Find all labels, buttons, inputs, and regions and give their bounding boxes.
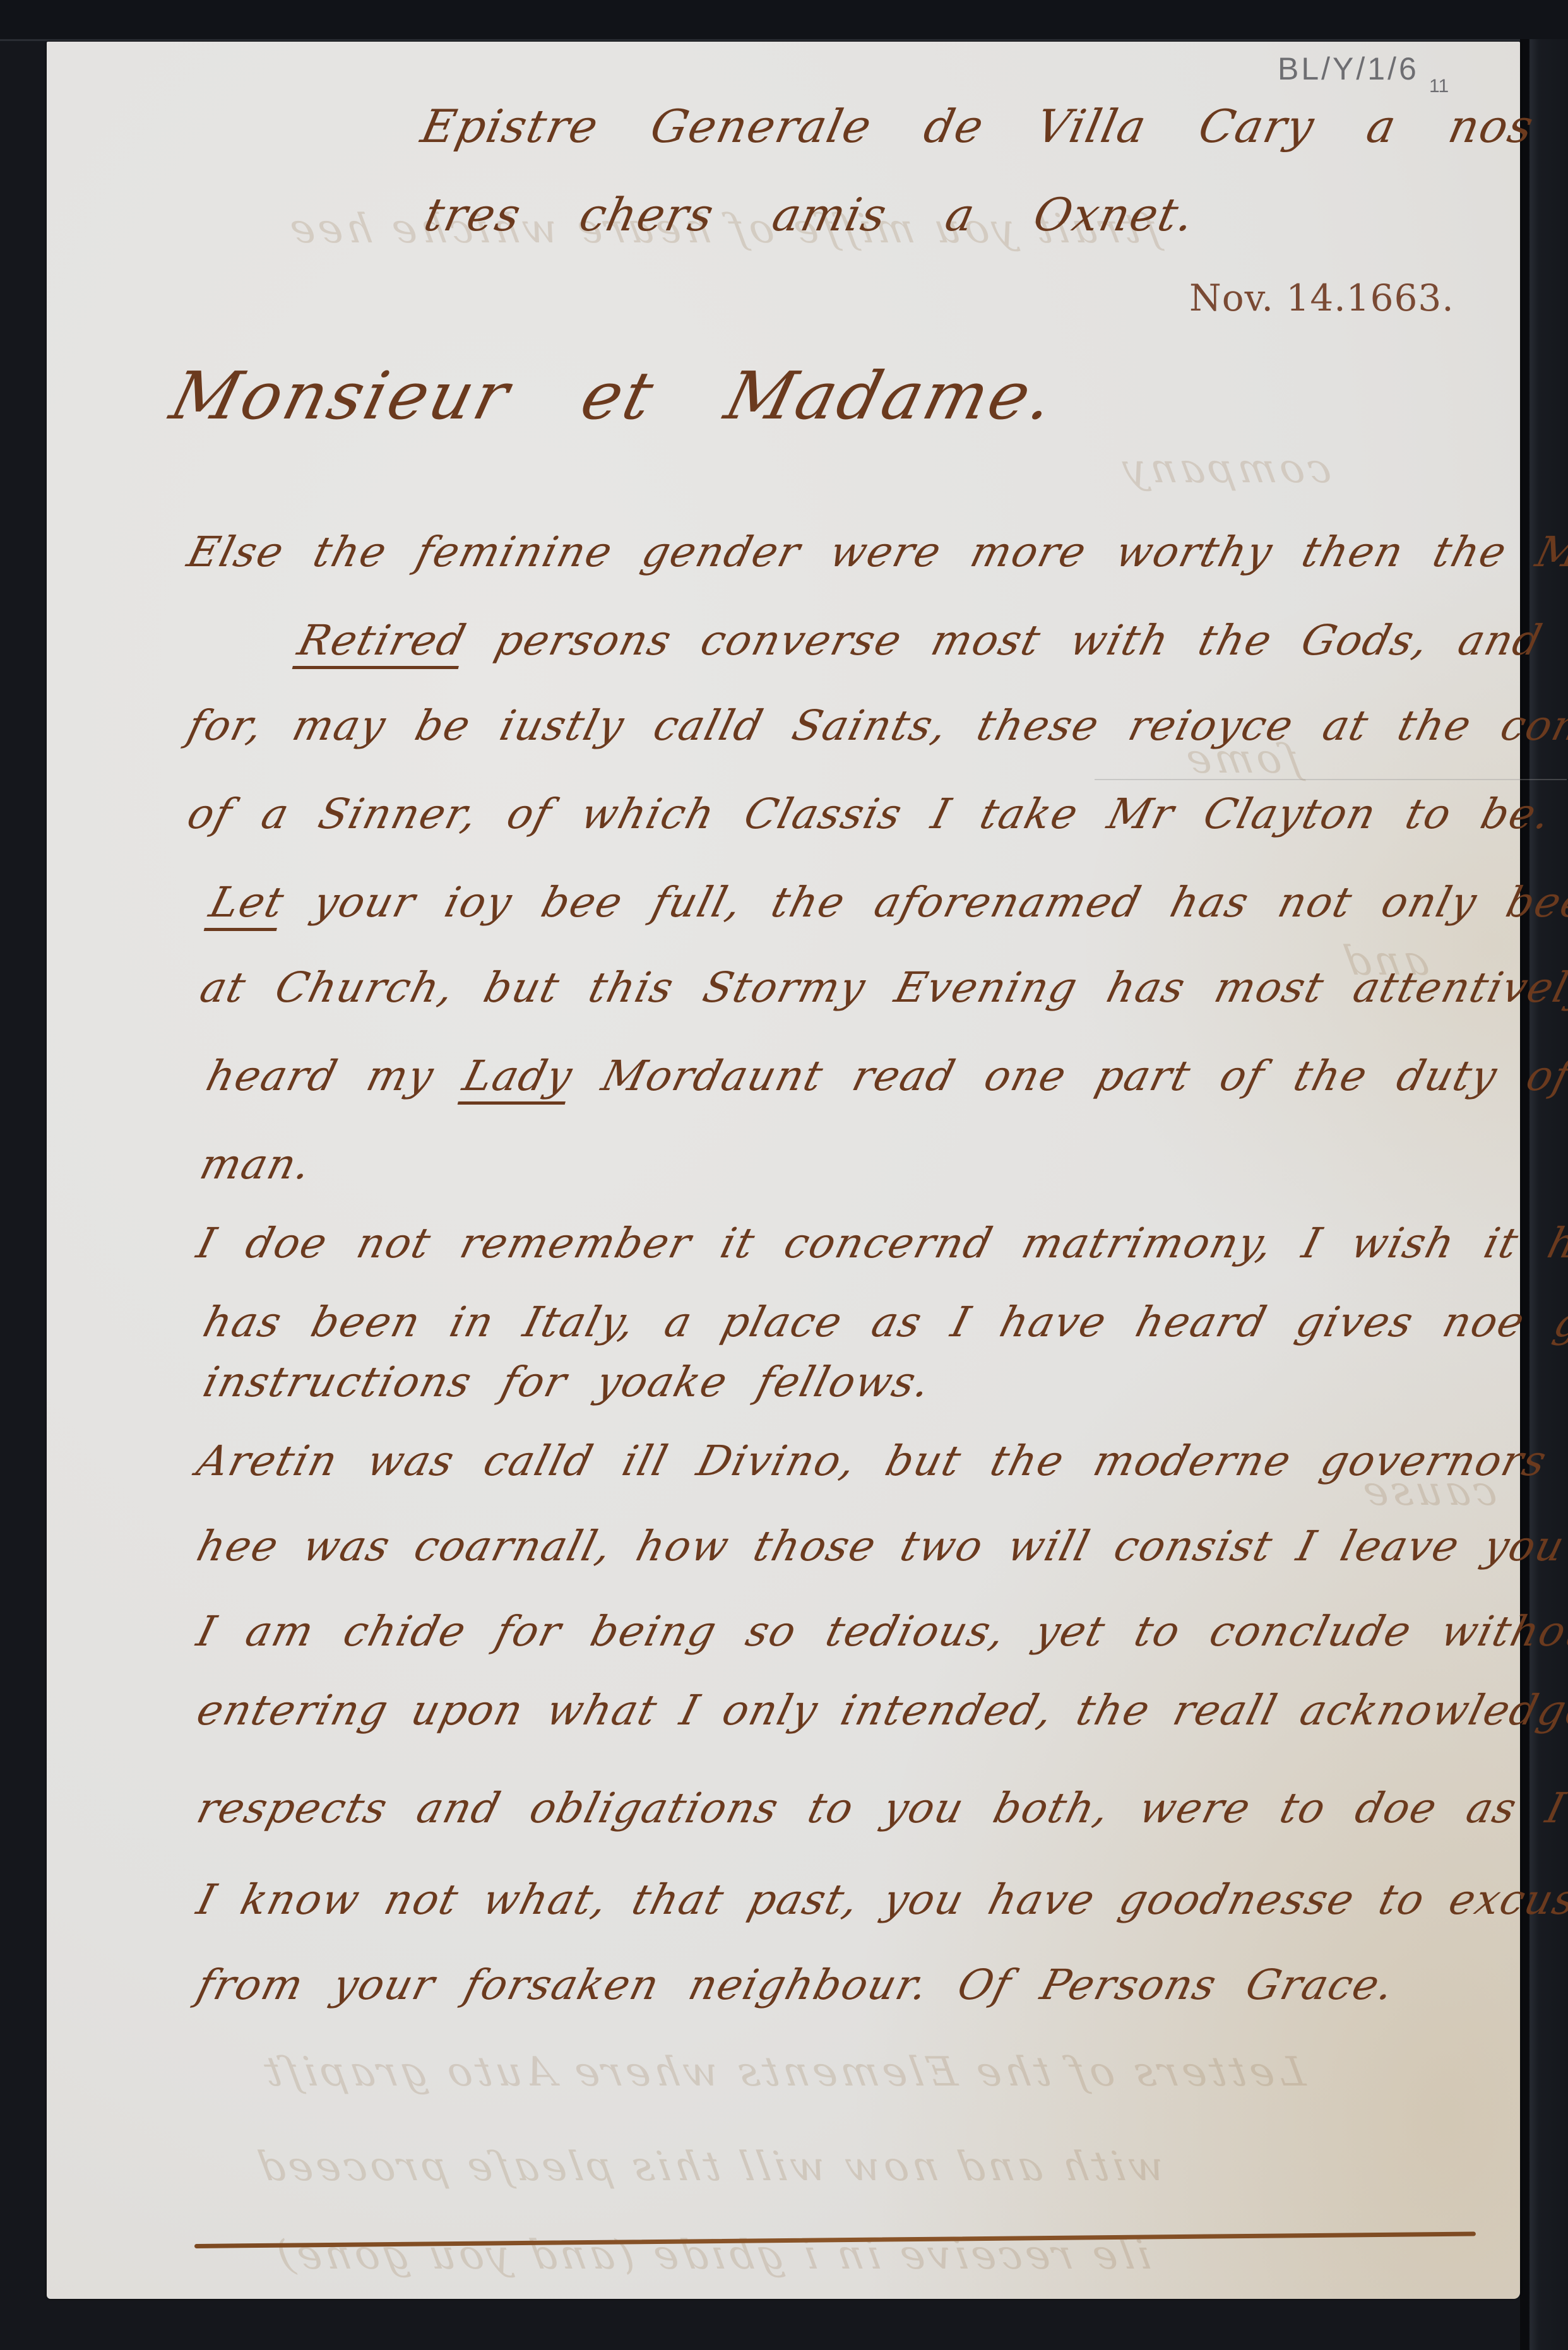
body-line: has been in Italy, a place as I have hea… xyxy=(198,1298,1568,1346)
body-line: entering upon what I only intended, the … xyxy=(192,1686,1568,1735)
letter-heading-line-2: tres chers amis a Oxnet. xyxy=(420,188,1200,241)
manuscript-page: ſtrait you miſſe of heare whiche hee com… xyxy=(47,42,1520,2299)
underlined-word: Lady xyxy=(457,1052,578,1105)
body-line: heard my Lady Mordaunt read one part of … xyxy=(201,1052,1568,1100)
salutation: Monsieur et Madame. xyxy=(163,357,1064,434)
body-line-rest: Mordaunt read one part of the duty of xyxy=(566,1052,1568,1100)
body-line: Retired persons converse most with the G… xyxy=(293,616,1568,665)
body-line: hee was coarnall, how those two will con… xyxy=(192,1522,1568,1570)
body-line: instructions for yoake fellows. xyxy=(198,1358,936,1406)
archive-reference: BL/Y/1/6 xyxy=(1278,50,1419,87)
letter-date: Nov. 14.1663. xyxy=(1189,276,1454,319)
body-line: I know not what, that past, you have goo… xyxy=(192,1875,1568,1924)
body-line-start: heard my xyxy=(201,1052,470,1100)
body-line: respects and obligations to you both, we… xyxy=(192,1784,1568,1832)
show-through-text: with and now will this pleaſe proceed xyxy=(251,2144,1167,2190)
show-through-text: company xyxy=(1115,446,1334,492)
body-line: of a Sinner, of which Classis I take Mr … xyxy=(182,790,1556,838)
body-line-rest: persons converse most with the Gods, and… xyxy=(490,616,1568,665)
body-line-rest: your ioy bee full, the aforenamed has no… xyxy=(309,878,1568,927)
pencil-folio-mark: 11 xyxy=(1429,76,1449,97)
body-line: at Church, but this Stormy Evening has m… xyxy=(195,963,1568,1012)
underlined-word: Let xyxy=(204,878,290,931)
show-through-text: Letters of the Elements where Auto grapi… xyxy=(257,2049,1308,2096)
paper-fold xyxy=(1095,779,1567,780)
body-line: for, may be iustly calld Saints, these r… xyxy=(182,701,1568,750)
letter-heading-line-1: Epistre Generale de Villa Cary a nos xyxy=(417,100,1539,153)
body-line: man. xyxy=(195,1140,317,1189)
body-line: Aretin was calld ill Divino, but the mod… xyxy=(192,1437,1568,1485)
underlined-word: Retired xyxy=(292,616,472,669)
dark-mount-top xyxy=(0,0,1568,41)
body-line: Else the feminine gender were more worth… xyxy=(182,528,1568,576)
body-line: I am chide for being so tedious, yet to … xyxy=(192,1607,1568,1656)
body-line: I doe not remember it concernd matrimony… xyxy=(192,1219,1568,1267)
dark-mount-right xyxy=(1520,39,1568,2350)
body-line: from your forsaken neighbour. Of Persons… xyxy=(192,1961,1399,2009)
body-line: Let your ioy bee full, the aforenamed ha… xyxy=(205,878,1568,927)
